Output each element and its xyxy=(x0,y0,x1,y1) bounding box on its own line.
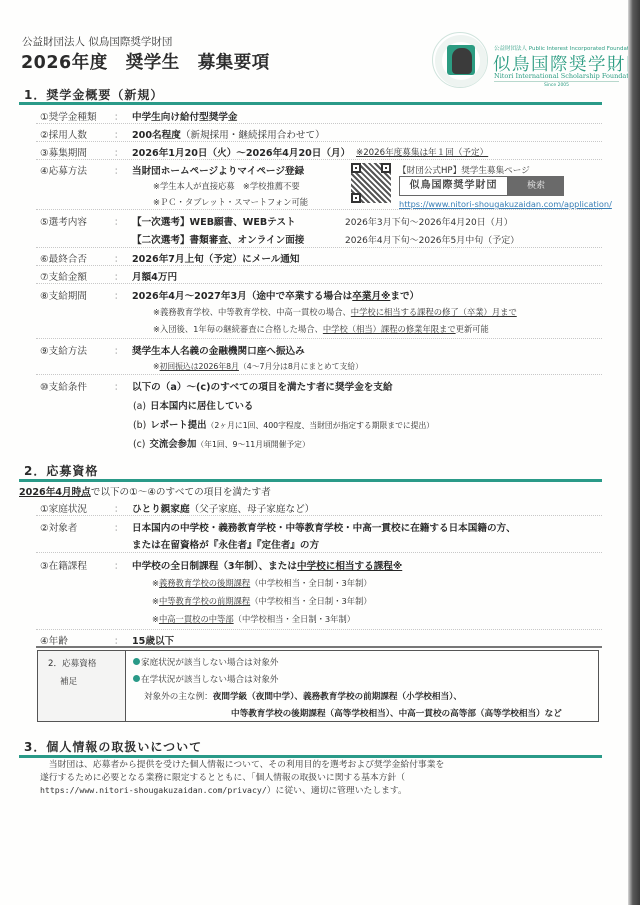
row-age: ④年齢 ： 15歳以下 xyxy=(36,630,602,648)
first-selection: 【一次選考】WEB願書、WEBテスト xyxy=(132,214,296,228)
privacy-url[interactable]: https://www.nitori-shougakuzaidan.com/pr… xyxy=(40,785,267,795)
qr-finder-icon xyxy=(351,163,361,173)
first-selection-period: 2026年3月下旬～2026年4月20日（月） xyxy=(345,215,513,228)
logo-since: Since 2005 xyxy=(494,81,619,88)
organization-name: 公益財団法人 似鳥国際奨学財団 xyxy=(22,34,172,49)
row-value: 中学生向け給付型奨学金 xyxy=(132,109,238,123)
eligibility-supplement-box: 2．応募資格 補足 家庭状況が該当しない場合は対象外 在学状況が該当しない場合は… xyxy=(37,650,599,722)
logo-english-name: Nitori International Scholarship Foundat… xyxy=(494,72,639,80)
bullet-icon xyxy=(133,675,140,682)
scan-edge-shadow xyxy=(628,0,640,905)
condition-b: (b)レポート提出（2ヶ月に1回、400字程度、当財団が指定する期限までに提出） xyxy=(133,417,434,431)
section-divider xyxy=(19,102,602,105)
supplement-examples-cont: 中等教育学校の後期課程（高等学校相当）、中高一貫校の高等部（高等学校相当）など xyxy=(231,707,562,719)
row-selection-process: ⑤選考内容 ： 【一次選考】WEB願書、WEBテスト 2026年3月下旬～202… xyxy=(36,210,602,248)
logo-emblem xyxy=(432,32,488,88)
row-final-result: ⑥最終合否 ： 2026年7月上旬（予定）にメール通知 xyxy=(36,248,602,266)
search-keyword-box: 似鳥国際奨学財団 xyxy=(399,176,508,196)
supplement-item: 在学状況が該当しない場合は対象外 xyxy=(133,673,279,685)
row-payment-amount: ⑦支給金額 ： 月額4万円 xyxy=(36,266,602,284)
row-recruitment-count: ②採用人数 ： 200名程度（新規採用・継続採用合わせて） xyxy=(36,124,602,142)
search-button: 検索 xyxy=(508,176,564,196)
section-divider xyxy=(19,479,602,482)
homepage-label: 【財団公式HP】奨学生募集ページ xyxy=(398,164,530,176)
second-selection: 【二次選考】書類審査、オンライン面接 xyxy=(132,232,304,246)
supplement-examples: 対象外の主な例：夜間学級（夜間中学）、義務教育学校の前期課程（小学校相当）、 xyxy=(144,690,462,702)
qr-finder-icon xyxy=(351,193,361,203)
supplement-item: 家庭状況が該当しない場合は対象外 xyxy=(133,656,279,668)
qr-finder-icon xyxy=(381,163,391,173)
annual-recruitment-note: ※2026年度募集は年１回（予定） xyxy=(356,146,488,158)
row-scholarship-type: ①奨学金種類 ： 中学生向け給付型奨学金 xyxy=(36,106,602,124)
document-title: 2026年度 奨学生 募集要項 xyxy=(21,49,270,74)
condition-a: (a)日本国内に居住している xyxy=(133,398,253,412)
row-target-persons: ②対象者 ： 日本国内の中学校・義務教育学校・中等教育学校・中高一貫校に在籍する… xyxy=(36,516,602,553)
founder-portrait-icon xyxy=(452,48,472,74)
section-heading-overview: 1．奨学金概要（新規） xyxy=(24,86,163,103)
supplement-label-cell: 2．応募資格 補足 xyxy=(38,651,126,721)
qr-code[interactable] xyxy=(351,163,391,203)
row-family-status: ①家庭状況 ： ひとり親家庭（父子家庭、母子家庭など） xyxy=(36,497,602,516)
row-enrollment-course: ③在籍課程 ： 中学校の全日制課程（3年制）、または中学校に相当する課程※ ※義… xyxy=(36,553,602,630)
condition-c: (c)交流会参加（年1回、9～11月頃開催予定） xyxy=(133,436,310,450)
row-payment-method: ⑨支給方法 ： 奨学生本人名義の金融機関口座へ振込み ※初回振込は2026年8月… xyxy=(36,339,602,375)
second-selection-period: 2026年4月下旬～2026年5月中旬（予定） xyxy=(345,233,519,246)
bullet-icon xyxy=(133,658,140,665)
section-heading-eligibility: 2．応募資格 xyxy=(24,462,98,479)
application-url-link[interactable]: https://www.nitori-shougakuzaidan.com/ap… xyxy=(399,199,612,209)
row-payment-conditions: ⑩支給条件 ： 以下の（a）～(c)のすべての項目を満たす者に奨学金を支給 xyxy=(36,375,602,455)
eligibility-lead: 2026年4月時点で以下の①～④のすべての項目を満たす者 xyxy=(19,484,271,498)
foundation-logo: 公益財団法人 Public Interest Incorporated Foun… xyxy=(432,32,622,90)
privacy-statement: 当財団は、応募者から提供を受けた個人情報について、その利用目的を選考および奨学金… xyxy=(40,759,580,798)
section-divider xyxy=(19,755,602,758)
row-label: ①奨学金種類 xyxy=(40,109,97,123)
row-payment-period: ⑧支給期間 ： 2026年4月～2027年3月（途中で卒業する場合は卒業月※まで… xyxy=(36,284,602,339)
document-page: 公益財団法人 似鳥国際奨学財団 2026年度 奨学生 募集要項 公益財団法人 P… xyxy=(0,0,628,905)
row-application-period: ③募集期間 ： 2026年1月20日（火）～2026年4月20日（月） ※202… xyxy=(36,142,602,160)
section-heading-privacy: 3．個人情報の取扱いについて xyxy=(24,738,202,755)
